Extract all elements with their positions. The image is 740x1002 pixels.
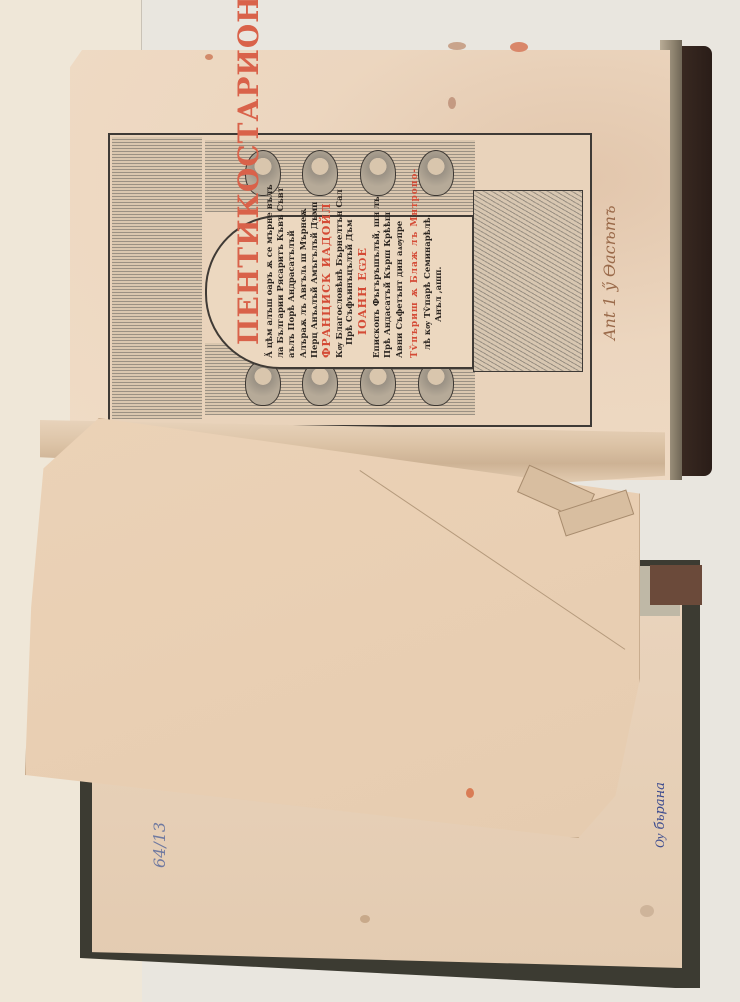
stain xyxy=(510,42,528,52)
stain xyxy=(448,97,456,109)
title-text-line: Алъраѫ лъ Авгълѧ ш Мърнеѫ xyxy=(298,208,309,358)
saint-medallion xyxy=(302,150,338,196)
title-text-line: ла Българии Рясаритъ Къвъ Съвт xyxy=(276,187,286,358)
title-text-line: лѣ кѹ Тѷпарѣ Семинарѣлѣ. xyxy=(422,214,433,350)
title-text-line: Ӑ цѣм алъш оаръ ѫ се мърне вълъ xyxy=(265,184,275,358)
title-red-line: Тѷпъриш ѫ Блаж лъ Мнтропо- xyxy=(410,168,420,358)
stain xyxy=(205,54,213,60)
title-text-line: Епископъ Фъгъръшълъй, шн лъ xyxy=(372,196,382,358)
stain xyxy=(640,905,654,917)
lower-leather-corner xyxy=(650,565,702,605)
upper-book-cover xyxy=(678,46,712,476)
book-title: ПЕНТИКОСТАРИОН xyxy=(232,0,265,345)
title-text-line: аълъ Порѣ Андрасатълъй xyxy=(287,230,297,358)
title-red-line: ІОАНН ЕѠЕ xyxy=(356,247,369,335)
title-text-line: Авни Съфетънт дин аѧѹпре xyxy=(394,221,405,358)
handwritten-note: Ant 1 ӳ Ѳасѣтъ xyxy=(600,205,619,340)
title-text-line: Перц Анъѧлъй Амъгълъй Дъмп xyxy=(309,202,320,358)
title-text-line: Анъл ,ашп. xyxy=(434,267,444,322)
title-text-line: Прѣ Съфъинъцълъй Дъм xyxy=(345,220,355,345)
woodcut-scene-panel xyxy=(473,190,583,372)
stain xyxy=(466,788,474,798)
title-red-line: ФРАНЦИСК ИАДОЙЛ xyxy=(320,202,333,358)
saint-medallion xyxy=(360,150,396,196)
blue-handwritten-note: Ѹ бьрана xyxy=(652,782,668,848)
title-text-line: Кѹ Благословѣнѣ Бърнелтън Сал xyxy=(334,189,345,358)
pencil-inventory-number: 64/13 xyxy=(150,822,169,868)
stain xyxy=(360,915,370,923)
title-text-line: Прѣ Андасатъй Кърш Крѣѣш xyxy=(383,212,393,358)
frame-band-top xyxy=(112,137,202,419)
stain xyxy=(448,42,466,50)
saint-medallion xyxy=(418,150,454,196)
